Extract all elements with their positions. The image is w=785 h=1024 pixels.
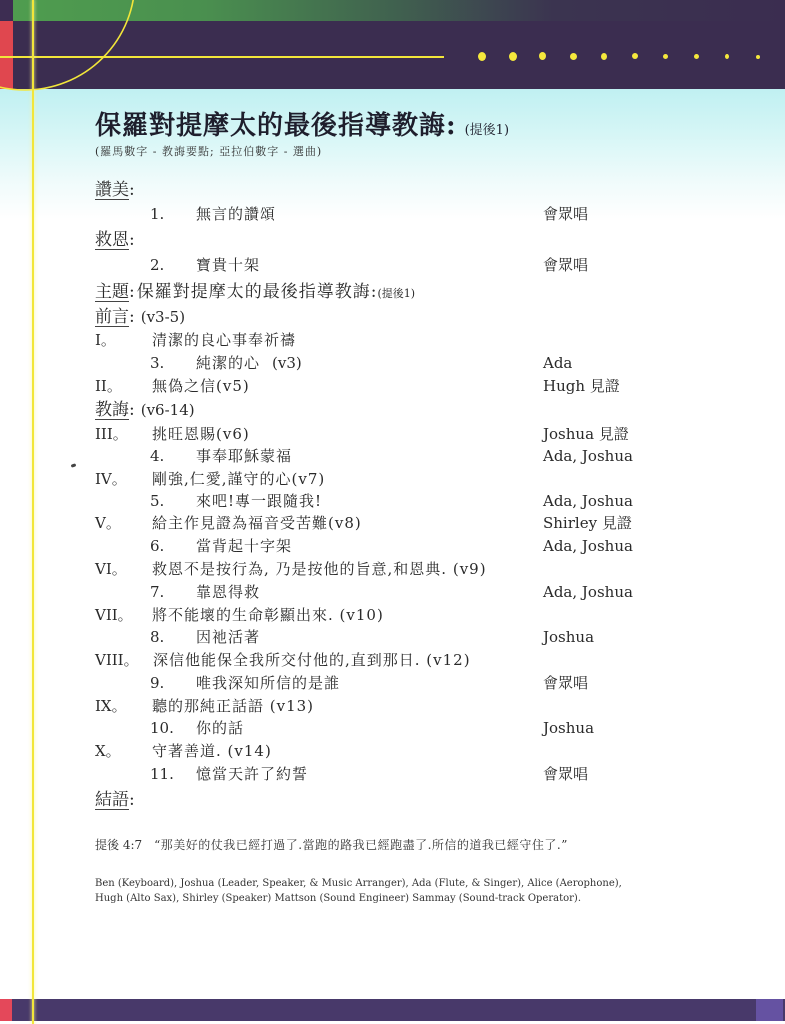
song-row: 3. 純潔的心(v3) Ada xyxy=(95,352,715,374)
point-row: I。 清潔的良心事奉祈禱 xyxy=(95,329,715,351)
song-row: 10. 你的話 Joshua xyxy=(95,717,715,739)
song-number: 10. xyxy=(150,717,174,739)
roman-numeral: VIII。 xyxy=(95,649,139,671)
performer: Ada, Joshua xyxy=(543,490,633,512)
point-row: IV。 剛強,仁愛,謹守的心(v7) xyxy=(95,468,715,490)
dot-icon xyxy=(725,54,729,59)
song-number: 6. xyxy=(150,535,164,557)
performer: 會眾唱 xyxy=(543,203,588,225)
section-label: 讚美 xyxy=(95,181,129,200)
song-title: 純潔的心(v3) xyxy=(196,352,302,374)
point-text: 挑旺恩賜(v6) xyxy=(152,423,250,445)
page-subtitle: (羅馬數字 - 教誨要點; 亞拉伯數字 - 選曲) xyxy=(95,144,322,160)
song-row: 6. 當背起十字架 Ada, Joshua xyxy=(95,535,715,557)
scan-speck xyxy=(71,463,77,468)
performer: Joshua 見證 xyxy=(543,423,629,445)
section-colon: : xyxy=(129,790,135,810)
roman-numeral: II。 xyxy=(95,375,122,397)
point-row: VII。 將不能壞的生命彰顯出來. (v10) xyxy=(95,604,715,626)
song-row: 11. 憶當天許了約誓 會眾唱 xyxy=(95,763,715,785)
point-text: 救恩不是按行為, 乃是按他的旨意,和恩典. (v9) xyxy=(152,558,487,580)
point-row: IX。 聽的那純正話語 (v13) xyxy=(95,695,715,717)
section-colon: : xyxy=(129,180,135,200)
roman-numeral: VI。 xyxy=(95,558,127,580)
song-row: 2. 寶貴十架 會眾唱 xyxy=(95,254,715,276)
roman-numeral: V。 xyxy=(95,512,121,534)
verse-ref: (v3) xyxy=(272,354,302,372)
song-row: 8. 因祂活著 Joshua xyxy=(95,626,715,648)
roman-numeral: IV。 xyxy=(95,468,127,490)
performer: Hugh 見證 xyxy=(543,375,620,397)
performer: Ada, Joshua xyxy=(543,535,633,557)
footer-red-block xyxy=(0,999,12,1021)
section-colon: : xyxy=(129,307,135,327)
key-verse: 提後 4:7“那美好的仗我已經打過了.當跑的路我已經跑盡了.所信的道我已經守住了… xyxy=(95,837,568,853)
point-text: 給主作見證為福音受苦難(v8) xyxy=(152,512,362,534)
title-reference: (提後1) xyxy=(465,123,509,138)
performer: 會眾唱 xyxy=(543,763,588,785)
song-title: 你的話 xyxy=(196,717,244,739)
song-number: 8. xyxy=(150,626,164,648)
performer: 會眾唱 xyxy=(543,254,588,276)
song-number: 5. xyxy=(150,490,164,512)
performer: Joshua xyxy=(543,717,594,739)
dot-icon xyxy=(478,52,486,61)
section-label: 前言 xyxy=(95,308,129,327)
song-title: 因祂活著 xyxy=(196,626,260,648)
song-row: 1. 無言的讚頌 會眾唱 xyxy=(95,203,715,225)
section-colon: : xyxy=(129,230,135,250)
section-teaching: 教誨:(v6-14) xyxy=(95,399,715,421)
section-colon: : xyxy=(129,400,135,420)
section-conclusion: 結語: xyxy=(95,789,715,811)
song-title: 憶當天許了約誓 xyxy=(196,763,308,785)
credits-line: Ben (Keyboard), Joshua (Leader, Speaker,… xyxy=(95,876,622,891)
song-number: 11. xyxy=(150,763,174,785)
dot-icon xyxy=(694,54,699,59)
yellow-arc-decoration xyxy=(0,0,200,100)
roman-numeral: I。 xyxy=(95,329,116,351)
song-title: 無言的讚頌 xyxy=(196,203,276,225)
song-title: 事奉耶穌蒙福 xyxy=(196,445,292,467)
song-row: 7. 靠恩得救 Ada, Joshua xyxy=(95,581,715,603)
yellow-vertical-line xyxy=(32,0,34,1024)
section-introduction: 前言:(v3-5) xyxy=(95,306,715,328)
point-text: 清潔的良心事奉祈禱 xyxy=(152,329,296,351)
song-number: 9. xyxy=(150,672,164,694)
section-label: 結語 xyxy=(95,791,129,810)
theme-text: 保羅對提摩太的最後指導教誨: xyxy=(137,282,378,302)
song-title: 唯我深知所信的是誰 xyxy=(196,672,340,694)
verse-range: (v6-14) xyxy=(141,401,195,419)
point-text: 守著善道. (v14) xyxy=(152,740,272,762)
performer: Ada, Joshua xyxy=(543,445,633,467)
theme-reference: (提後1) xyxy=(377,287,415,300)
performer: 會眾唱 xyxy=(543,672,588,694)
dot-icon xyxy=(601,53,607,60)
page-title: 保羅對提摩太的最後指導教誨:(提後1) xyxy=(95,108,509,149)
section-label: 主題 xyxy=(95,283,129,302)
song-title: 當背起十字架 xyxy=(196,535,292,557)
verse-range: (v3-5) xyxy=(141,308,185,326)
point-row: V。 給主作見證為福音受苦難(v8) Shirley 見證 xyxy=(95,512,715,534)
point-text: 剛強,仁愛,謹守的心(v7) xyxy=(152,468,325,490)
song-number: 3. xyxy=(150,352,164,374)
song-title: 靠恩得救 xyxy=(196,581,260,603)
song-row: 5. 來吧!專一跟隨我! Ada, Joshua xyxy=(95,490,715,512)
section-label: 教誨 xyxy=(95,401,129,420)
section-colon: : xyxy=(129,282,135,302)
point-text: 無偽之信(v5) xyxy=(152,375,250,397)
verse-reference: 提後 4:7 xyxy=(95,838,142,852)
point-row: VIII。 深信他能保全我所交付他的,直到那日. (v12) xyxy=(95,649,715,671)
roman-numeral: III。 xyxy=(95,423,128,445)
verse-text: “那美好的仗我已經打過了.當跑的路我已經跑盡了.所信的道我已經守住了.” xyxy=(154,838,568,852)
performer: Ada xyxy=(543,352,572,374)
performer: Ada, Joshua xyxy=(543,581,633,603)
dot-icon xyxy=(663,54,668,59)
footer-end-block xyxy=(756,999,783,1021)
dot-icon xyxy=(539,52,546,60)
section-salvation: 救恩: xyxy=(95,229,715,251)
point-text: 深信他能保全我所交付他的,直到那日. (v12) xyxy=(153,649,471,671)
title-text: 保羅對提摩太的最後指導教誨: xyxy=(95,111,457,141)
credits-line: Hugh (Alto Sax), Shirley (Speaker) Matts… xyxy=(95,891,622,906)
song-row: 4. 事奉耶穌蒙福 Ada, Joshua xyxy=(95,445,715,467)
point-row: VI。 救恩不是按行為, 乃是按他的旨意,和恩典. (v9) xyxy=(95,558,715,580)
dot-icon xyxy=(509,52,517,61)
point-row: III。 挑旺恩賜(v6) Joshua 見證 xyxy=(95,423,715,445)
song-number: 1. xyxy=(150,203,164,225)
song-title: 寶貴十架 xyxy=(196,254,260,276)
song-row: 9. 唯我深知所信的是誰 會眾唱 xyxy=(95,672,715,694)
song-number: 2. xyxy=(150,254,164,276)
point-text: 聽的那純正話語 (v13) xyxy=(152,695,314,717)
section-label: 救恩 xyxy=(95,231,129,250)
dot-icon xyxy=(570,53,577,60)
roman-numeral: X。 xyxy=(95,740,121,762)
point-text: 將不能壞的生命彰顯出來. (v10) xyxy=(152,604,384,626)
song-title-text: 純潔的心 xyxy=(196,354,260,372)
section-theme: 主題:保羅對提摩太的最後指導教誨:(提後1) xyxy=(95,281,715,303)
roman-numeral: VII。 xyxy=(95,604,133,626)
credits: Ben (Keyboard), Joshua (Leader, Speaker,… xyxy=(95,876,622,906)
footer-band xyxy=(0,999,785,1021)
point-row: II。 無偽之信(v5) Hugh 見證 xyxy=(95,375,715,397)
song-title: 來吧!專一跟隨我! xyxy=(196,490,322,512)
roman-numeral: IX。 xyxy=(95,695,127,717)
song-number: 7. xyxy=(150,581,164,603)
song-number: 4. xyxy=(150,445,164,467)
point-row: X。 守著善道. (v14) xyxy=(95,740,715,762)
dot-icon xyxy=(632,53,638,59)
dot-icon xyxy=(756,55,760,59)
section-praise: 讚美: xyxy=(95,179,715,201)
performer: Shirley 見證 xyxy=(543,512,632,534)
performer: Joshua xyxy=(543,626,594,648)
